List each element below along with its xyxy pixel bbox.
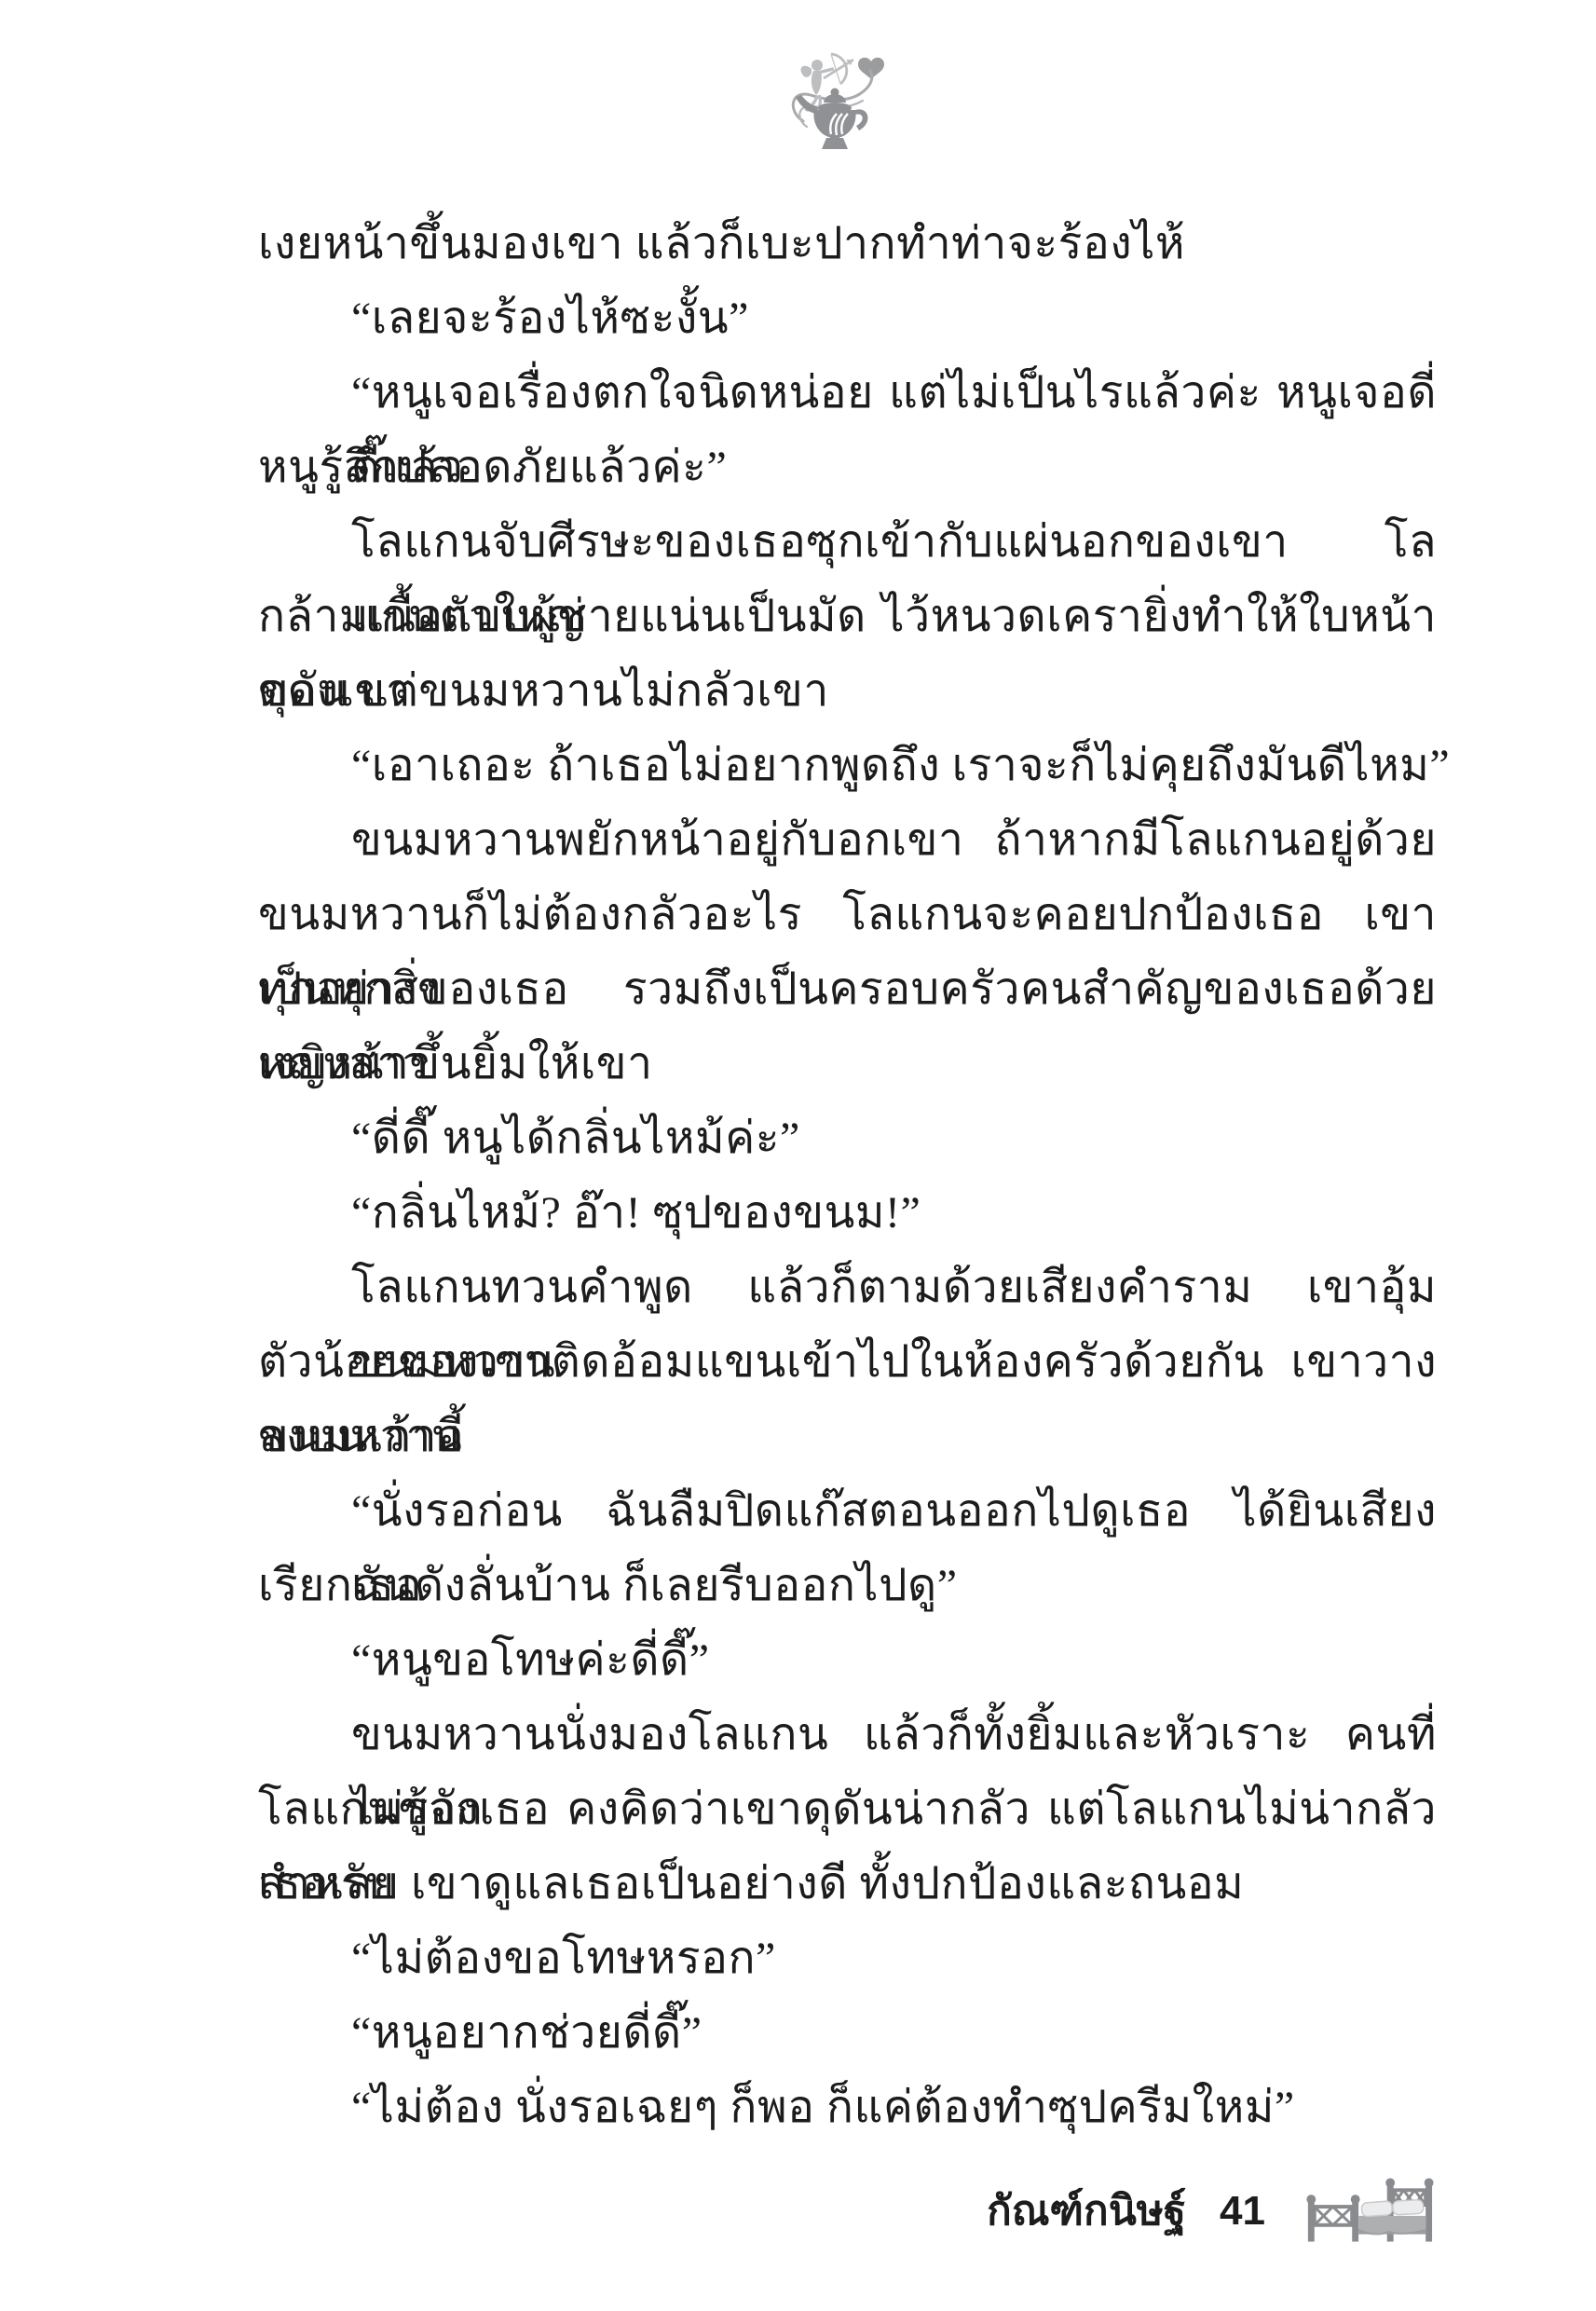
text-line: “เอาเถอะ ถ้าเธอไม่อยากพูดถึง เราจะก็ไม่ค… [258, 729, 1437, 803]
text-line: โลแกนจับศีรษะของเธอซุกเข้ากับแผ่นอกของเข… [258, 505, 1437, 580]
page-footer: กัณฑ์กนิษฐ์ 41 [258, 2169, 1437, 2253]
text-line: ขนมหวานนั่งมองโลแกน แล้วก็ทั้งยิ้มและหัว… [258, 1698, 1437, 1772]
text-line: “เลยจะร้องไห้ซะงั้น” [258, 281, 1437, 356]
cupid-genie-lamp-ornament [783, 48, 898, 170]
text-line: “หนูเจอเรื่องตกใจนิดหน่อย แต่ไม่เป็นไรแล… [258, 356, 1437, 431]
text-line: “นั่งรอก่อน ฉันลืมปิดแก๊สตอนออกไปดูเธอ ไ… [258, 1474, 1437, 1549]
bed-graphic [1299, 2174, 1437, 2249]
text-line: กล้ามเนื้อแบบผู้ชายแน่นเป็นมัด ไว้หนวดเค… [258, 580, 1437, 654]
cupid-genie-lamp-graphic [783, 48, 898, 170]
text-line: เงยหน้าขึ้นยิ้มให้เขา [258, 1027, 1437, 1101]
text-line: “ไม่ต้องขอโทษหรอก” [258, 1921, 1437, 1996]
text-line: เงยหน้าขึ้นมองเขา แล้วก็เบะปากทำท่าจะร้อ… [258, 207, 1437, 281]
text-line: หนูรู้สึกปลอดภัยแล้วค่ะ” [258, 431, 1437, 505]
text-line: เธอเลย เขาดูแลเธอเป็นอย่างดี ทั้งปกป้องแ… [258, 1847, 1437, 1921]
bed-footboard [1306, 2195, 1359, 2241]
text-line: ลงบนเก้าอี้ [258, 1400, 1437, 1474]
text-line: “กลิ่นไหม้? อ๊า! ซุปของขนม!” [258, 1176, 1437, 1251]
book-page: เงยหน้าขึ้นมองเขา แล้วก็เบะปากทำท่าจะร้อ… [0, 0, 1596, 2311]
text-line: “หนูขอโทษค่ะดี่ดี๊” [258, 1623, 1437, 1698]
text-block: เงยหน้าขึ้นมองเขา แล้วก็เบะปากทำท่าจะร้อ… [258, 207, 1437, 2145]
text-line: โลแกนทวนคำพูด แล้วก็ตามด้วยเสียงคำราม เข… [258, 1251, 1437, 1325]
bed-icon [1299, 2174, 1437, 2249]
text-line: ทุกอย่างของเธอ รวมถึงเป็นครอบครัวคนสำคัญ… [258, 952, 1437, 1027]
text-line: “หนูอยากช่วยดี่ดี๊” [258, 1996, 1437, 2071]
bed-mattress [1358, 2199, 1425, 2235]
text-line: “ไม่ต้อง นั่งรอเฉยๆ ก็พอ ก็แค่ต้องทำซุปค… [258, 2071, 1437, 2145]
text-line: ขนมหวานก็ไม่ต้องกลัวอะไร โลแกนจะคอยปกป้อ… [258, 878, 1437, 952]
text-line: ตัวน้อยของเขาติดอ้อมแขนเข้าไปในห้องครัวด… [258, 1325, 1437, 1400]
page-number: 41 [1220, 2169, 1265, 2253]
text-line: โลแกนของเธอ คงคิดว่าเขาดุดันน่ากลัว แต่โ… [258, 1772, 1437, 1847]
text-line: ขนมหวานพยักหน้าอยู่กับอกเขา ถ้าหากมีโลแก… [258, 803, 1437, 878]
book-title: กัณฑ์กนิษฐ์ [987, 2169, 1186, 2253]
text-line: “ดี่ดี๊ หนูได้กลิ่นไหม้ค่ะ” [258, 1101, 1437, 1176]
text-line: ดุดัน แต่ขนมหวานไม่กลัวเขา [258, 654, 1437, 729]
text-line: เรียกฉันดังลั่นบ้าน ก็เลยรีบออกไปดู” [258, 1549, 1437, 1623]
